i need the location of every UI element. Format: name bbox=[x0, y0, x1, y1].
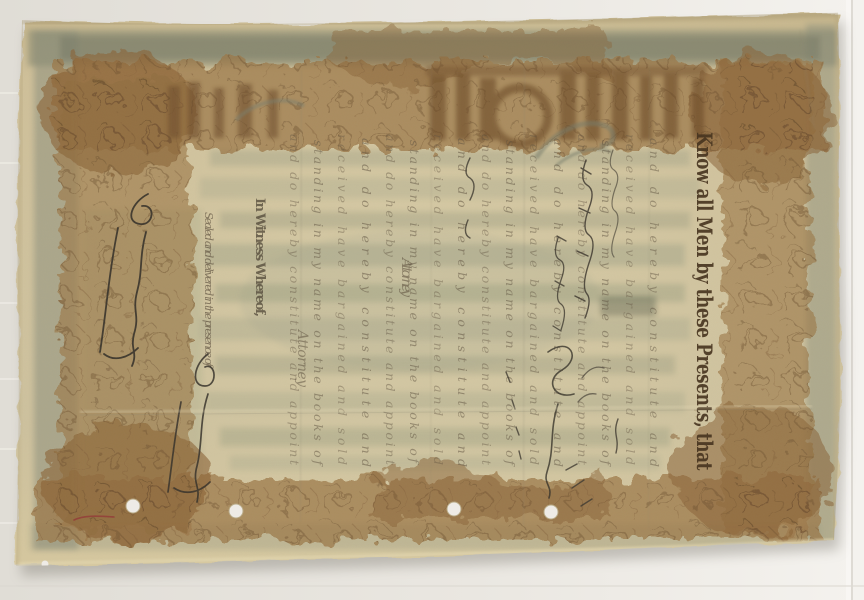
attorney-word: Attorney bbox=[398, 256, 414, 298]
blackletter-text: Know all Men by these Presents, that bbox=[692, 132, 717, 471]
script-line: standing in my name on the books of bbox=[503, 140, 518, 467]
punch-hole bbox=[544, 505, 558, 519]
script-line: standing in my name on the books of bbox=[407, 140, 422, 465]
script-line: standing in my name on the books of bbox=[311, 140, 326, 467]
backdrop-seam-line bbox=[851, 0, 853, 600]
script-line: standing in my name on the books of bbox=[599, 140, 614, 467]
punch-hole bbox=[126, 499, 140, 513]
backdrop-seam-highlight bbox=[846, 0, 851, 600]
script-line: and do hereby constitute and appoint bbox=[383, 134, 398, 466]
attorney-word: Attorney bbox=[294, 328, 310, 388]
punch-hole bbox=[229, 504, 243, 518]
sealed-delivered-line: Sealed and delivered in the presence of bbox=[202, 212, 215, 369]
certificate-photo: and do hereby constitute and appoint sta… bbox=[0, 0, 864, 600]
photo-stage: and do hereby constitute and appoint sta… bbox=[0, 0, 864, 600]
certificate-paper: and do hereby constitute and appoint sta… bbox=[0, 0, 864, 600]
punch-hole bbox=[447, 502, 461, 516]
in-witness-whereof-line: In Witness Whereof, bbox=[252, 198, 267, 318]
script-line: and do hereby constitute and appoint bbox=[479, 134, 494, 466]
